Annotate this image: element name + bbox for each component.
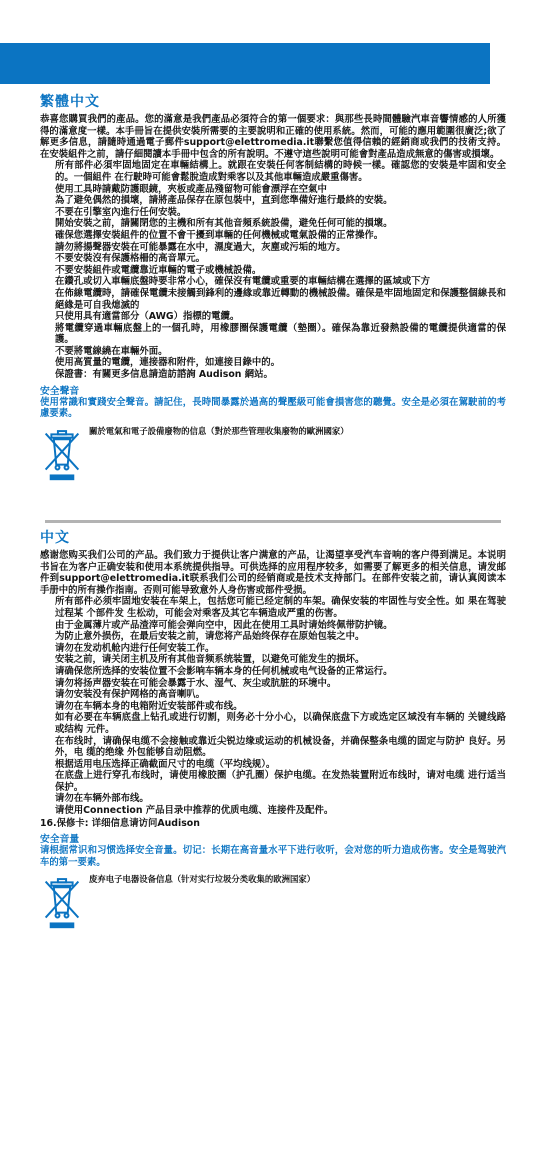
sc-safety-list-item: 请勿在车辆本身的电箱附近安装部件或布线。 xyxy=(55,701,506,713)
sc-safety-list-item: 请使用Connection 产品目录中推荐的优质电缆、连接件及配件。 xyxy=(55,805,506,817)
sc-weee-row: 废弃电子电器设备信息（针对实行垃圾分类收集的欧洲国家） xyxy=(40,873,506,931)
header-band xyxy=(0,43,490,84)
sc-safety-list-item: 请勿在车辆外部布线。 xyxy=(55,793,506,805)
sc-warranty-text: 详细信息请访问Audison xyxy=(92,818,200,829)
sc-intro-paragraph: 感谢您购买我们公司的产品。我们致力于提供让客户满意的产品，让渴望享受汽车音响的客… xyxy=(40,550,506,596)
tc-safety-list-item: 在佈線電纜時，請確保電纜未接觸到鋒利的邊緣或靠近轉動的機械設備。確保是牢固地固定… xyxy=(55,288,506,311)
tc-section-title: 繁體中文 xyxy=(40,91,506,111)
sc-warranty-prefix: 16.保修卡: xyxy=(40,818,88,829)
tc-weee-row: 關於電氣和電子設備廢物的信息（對於那些管理收集廢物的歐洲國家） xyxy=(40,425,506,483)
tc-safety-list-item: 開始安裝之前，請關閉您的主機和所有其他音頻系統設備，避免任何可能的損壞。 xyxy=(55,218,506,230)
sc-safety-list-item: 请勿在发动机舱内进行任何安装工作。 xyxy=(55,643,506,655)
tc-safety-list-item: 保證書：有關更多信息請造訪諮詢 Audison 網站。 xyxy=(55,369,506,381)
tc-safety-list-item: 不要在引擎室內進行任何安裝。 xyxy=(55,207,506,219)
manual-page: 繁體中文 恭喜您購買我們的產品。您的滿意是我們產品必須符合的第一個要求：與那些長… xyxy=(0,0,544,1157)
tc-safety-list-item: 確保您選擇安裝組件的位置不會干擾到車輛的任何機械或電氣設備的正常操作。 xyxy=(55,230,506,242)
tc-safety-list-item: 使用工具時請戴防護眼鏡，夾板或產品殘留物可能會漂浮在空氣中 xyxy=(55,184,506,196)
sc-safety-list-item: 请勿安装没有保护网格的高音喇叭。 xyxy=(55,689,506,701)
section-divider xyxy=(45,520,501,523)
tc-safe-sound-text: 使用常識和實踐安全聲音。請記住，長時間暴露於過高的聲壓級可能會損害您的聽覺。安全… xyxy=(40,397,506,420)
sc-safety-list-item: 在布线时，请确保电缆不会接触或靠近尖锐边缘或运动的机械设备，并确保整条电缆的固定… xyxy=(55,736,506,759)
sc-safety-list-item: 安装之前，请关闭主机及所有其他音频系统装置，以避免可能发生的损坏。 xyxy=(55,654,506,666)
weee-icon xyxy=(44,425,80,483)
sc-safety-list-item: 请确保您所选择的安装位置不会影响车辆本身的任何机械或电气设备的正常运行。 xyxy=(55,666,506,678)
sc-safety-list-item: 由于金属薄片或产品渣滓可能会弹向空中，因此在使用工具时请始终佩带防护镜。 xyxy=(55,620,506,632)
tc-safety-list-item: 所有部件必須牢固地固定在車輛結構上。就跟在安裝任何客制結構的時候一樣。確認您的安… xyxy=(55,160,506,183)
traditional-chinese-section: 繁體中文 恭喜您購買我們的產品。您的滿意是我們產品必須符合的第一個要求：與那些長… xyxy=(40,91,506,483)
tc-safety-list-item: 將電纜穿過車輛底盤上的一個孔時，用橡膠圈保護電纜（墊圈）。確保為靠近發熱設備的電… xyxy=(55,323,506,346)
sc-safe-volume-title: 安全音量 xyxy=(40,831,506,845)
tc-safety-list-item: 不要安裝沒有保護格柵的高音單元。 xyxy=(55,253,506,265)
sc-weee-note: 废弃电子电器设备信息（针对实行垃圾分类收集的欧洲国家） xyxy=(89,874,315,885)
sc-safety-list-item: 请勿将扬声器安装在可能会暴露于水、湿气、灰尘或肮脏的环境中。 xyxy=(55,678,506,690)
tc-safety-list-item: 在鑽孔或切入車輛底盤時要非常小心，確保沒有電纜或重要的車輛結構在選擇的區域或下方 xyxy=(55,276,506,288)
sc-safety-list-item: 根据适用电压选择正确截面尺寸的电缆（平均线规）。 xyxy=(55,759,506,771)
simplified-chinese-section: 中文 感谢您购买我们公司的产品。我们致力于提供让客户满意的产品，让渴望享受汽车音… xyxy=(40,527,506,931)
tc-safety-list-item: 不要將電線繞在車輛外面。 xyxy=(55,346,506,358)
sc-safety-list-item: 在底盘上进行穿孔布线时，请使用橡胶圈（护孔圈）保护电缆。在发热装置附近布线时，请… xyxy=(55,770,506,793)
tc-intro-paragraph: 恭喜您購買我們的產品。您的滿意是我們產品必須符合的第一個要求：與那些長時間體驗汽… xyxy=(40,114,506,160)
sc-safety-list: 所有部件必须牢固地安装在车架上，包括您可能已经定制的车架。确保安装的牢固性与安全… xyxy=(55,596,506,816)
tc-safe-sound-title: 安全聲音 xyxy=(40,383,506,397)
tc-safety-list-item: 使用高質量的電纜，連接器和附件，如連接目錄中的。 xyxy=(55,357,506,369)
sc-safe-volume-text: 请根据常识和习惯选择安全音量。切记：长期在高音量水平下进行收听，会对您的听力造成… xyxy=(40,845,506,868)
tc-safety-list-item: 請勿將揚聲器安裝在可能暴露在水中，濕度過大，灰塵或污垢的地方。 xyxy=(55,242,506,254)
tc-safety-list: 所有部件必須牢固地固定在車輛結構上。就跟在安裝任何客制結構的時候一樣。確認您的安… xyxy=(55,160,506,380)
tc-safety-list-item: 只使用具有適當部分（AWG）指標的電纜。 xyxy=(55,311,506,323)
sc-safety-list-item: 为防止意外损伤，在最后安装之前，请您将产品始终保存在原始包装之中。 xyxy=(55,631,506,643)
sc-safety-list-item: 如有必要在车辆底盘上钻孔或进行切割，则务必十分小心，以确保底盘下方或选定区域没有… xyxy=(55,712,506,735)
tc-weee-note: 關於電氣和電子設備廢物的信息（對於那些管理收集廢物的歐洲國家） xyxy=(89,426,349,437)
weee-icon xyxy=(44,873,80,931)
tc-safety-list-item: 為了避免偶然的損壞，請將產品保存在原包裝中，直到您準備好進行最終的安裝。 xyxy=(55,195,506,207)
sc-warranty-line: 16.保修卡: 详细信息请访问Audison xyxy=(40,818,506,830)
tc-safety-list-item: 不要安裝組件或電纜靠近車輛的電子或機械設備。 xyxy=(55,265,506,277)
sc-section-title: 中文 xyxy=(40,527,506,547)
sc-safety-list-item: 所有部件必须牢固地安装在车架上，包括您可能已经定制的车架。确保安装的牢固性与安全… xyxy=(55,596,506,619)
